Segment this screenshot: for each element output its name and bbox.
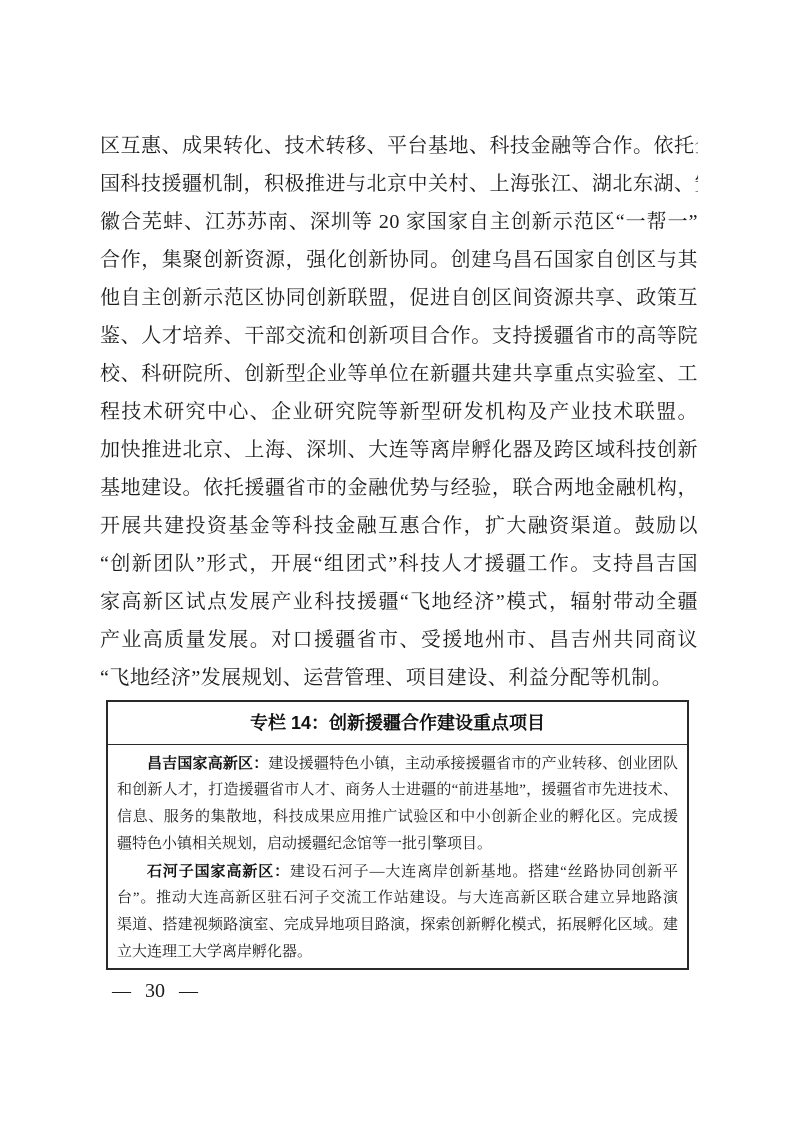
panel-lead-changji: 昌吉国家高新区： <box>147 755 268 772</box>
panel-line: 石河子国家高新区：建设石河子—大连离岸创新基地。搭建“丝路协同创新平 <box>117 858 678 885</box>
panel-line-text: 建设石河子—大连离岸创新基地。搭建“丝路协同创新平 <box>290 864 678 880</box>
body-line: 开展共建投资基金等科技金融互惠合作，扩大融资渠道。鼓励以 <box>100 507 698 545</box>
panel-line-text: 立大连理工大学离岸孵化器。 <box>117 944 312 960</box>
panel-line-text: 台”。推动大连高新区驻石河子交流工作站建设。与大连高新区联合建立异地路演 <box>117 890 678 906</box>
panel-title: 专栏 14：创新援疆合作建设重点项目 <box>108 702 687 745</box>
body-line: 区互惠、成果转化、技术转移、平台基地、科技金融等合作。依托全 <box>100 127 698 165</box>
page-number: — 30 — <box>112 980 198 1003</box>
panel-line-text: 和创新人才，打造援疆省市人才、商务人士进疆的“前进基地”，援疆省市先进技术、 <box>117 782 678 798</box>
body-line: 校、科研院所、创新型企业等单位在新疆共建共享重点实验室、工 <box>100 355 698 393</box>
panel-lead-shihezi: 石河子国家高新区： <box>147 863 290 880</box>
footer-page-number: 30 <box>145 980 165 1003</box>
panel-line-text: 渠道、搭建视频路演室、完成异地项目路演，探索创新孵化模式，拓展孵化区域。建 <box>117 917 678 933</box>
footer-left-dash: — <box>112 981 131 1003</box>
panel-line: 和创新人才，打造援疆省市人才、商务人士进疆的“前进基地”，援疆省市先进技术、 <box>117 777 678 804</box>
body-line: “飞地经济”发展规划、运营管理、项目建设、利益分配等机制。 <box>100 659 698 697</box>
body-line: 合作，集聚创新资源，强化创新协同。创建乌昌石国家自创区与其 <box>100 241 698 279</box>
body-line: 产业高质量发展。对口援疆省市、受援地州市、昌吉州共同商议 <box>100 621 698 659</box>
panel-line: 昌吉国家高新区：建设援疆特色小镇，主动承接援疆省市的产业转移、创业团队 <box>117 750 678 777</box>
panel-line-text: 疆特色小镇相关规划，启动援疆纪念馆等一批引擎项目。 <box>117 836 492 852</box>
body-line: 他自主创新示范区协同创新联盟，促进自创区间资源共享、政策互 <box>100 279 698 317</box>
body-line: 程技术研究中心、企业研究院等新型研发机构及产业技术联盟。 <box>100 393 698 431</box>
panel-body: 昌吉国家高新区：建设援疆特色小镇，主动承接援疆省市的产业转移、创业团队 和创新人… <box>108 745 687 966</box>
panel-line-text: 建设援疆特色小镇，主动承接援疆省市的产业转移、创业团队 <box>268 756 678 772</box>
panel-line-text: 信息、服务的集散地，科技成果应用推广试验区和中小创新企业的孵化区。完成援 <box>117 809 678 825</box>
body-line: 徽合芜蚌、江苏苏南、深圳等 20 家国家自主创新示范区“一帮一” <box>100 203 698 241</box>
panel-line: 信息、服务的集散地，科技成果应用推广试验区和中小创新企业的孵化区。完成援 <box>117 804 678 831</box>
body-line: 鉴、人才培养、干部交流和创新项目合作。支持援疆省市的高等院 <box>100 317 698 355</box>
panel-line: 台”。推动大连高新区驻石河子交流工作站建设。与大连高新区联合建立异地路演 <box>117 885 678 912</box>
panel-line: 渠道、搭建视频路演室、完成异地项目路演，探索创新孵化模式，拓展孵化区域。建 <box>117 912 678 939</box>
body-line: 家高新区试点发展产业科技援疆“飞地经济”模式，辐射带动全疆 <box>100 583 698 621</box>
project-panel: 专栏 14：创新援疆合作建设重点项目 昌吉国家高新区：建设援疆特色小镇，主动承接… <box>106 700 689 970</box>
document-page: 区互惠、成果转化、技术转移、平台基地、科技金融等合作。依托全 国科技援疆机制，积… <box>0 0 793 1122</box>
panel-line: 疆特色小镇相关规划，启动援疆纪念馆等一批引擎项目。 <box>117 831 678 858</box>
panel-line: 立大连理工大学离岸孵化器。 <box>117 939 678 966</box>
body-line: 国科技援疆机制，积极推进与北京中关村、上海张江、湖北东湖、安 <box>100 165 698 203</box>
footer-right-dash: — <box>179 981 198 1003</box>
body-paragraph: 区互惠、成果转化、技术转移、平台基地、科技金融等合作。依托全 国科技援疆机制，积… <box>100 127 698 697</box>
body-line: “创新团队”形式，开展“组团式”科技人才援疆工作。支持昌吉国 <box>100 545 698 583</box>
body-line: 加快推进北京、上海、深圳、大连等离岸孵化器及跨区域科技创新 <box>100 431 698 469</box>
body-line: 基地建设。依托援疆省市的金融优势与经验，联合两地金融机构， <box>100 469 698 507</box>
